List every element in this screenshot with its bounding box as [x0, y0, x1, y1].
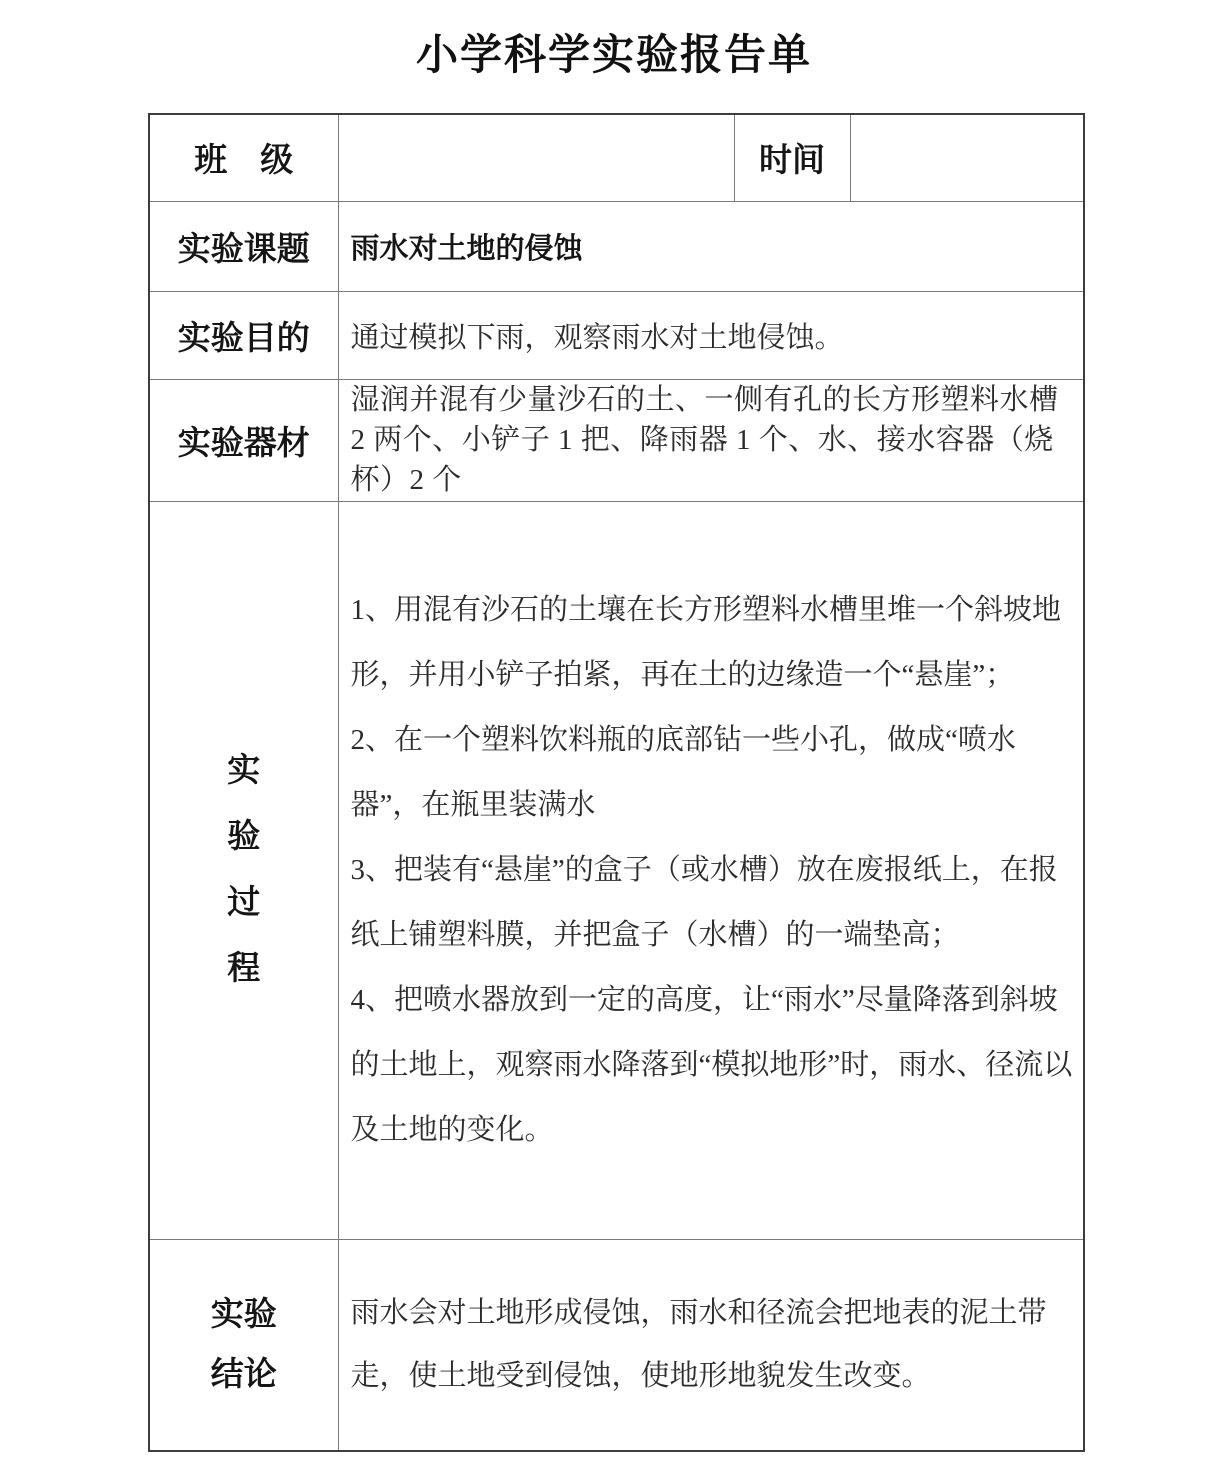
- row-purpose: 实验目的 通过模拟下雨，观察雨水对土地侵蚀。: [149, 291, 1084, 379]
- process-step-3: 3、把装有“悬崖”的盒子（或水槽）放在废报纸上，在报纸上铺塑料膜，并把盒子（水槽…: [351, 838, 1076, 968]
- topic-value: 雨水对土地的侵蚀: [338, 201, 1084, 291]
- row-class-time: 班 级 时间: [149, 114, 1084, 201]
- class-value-cell: [338, 114, 734, 201]
- row-materials: 实验器材 湿润并混有少量沙石的土、一侧有孔的长方形塑料水槽 2 两个、小铲子 1…: [149, 379, 1084, 501]
- conclusion-label-line-1: 实验: [151, 1285, 337, 1345]
- materials-label: 实验器材: [149, 379, 338, 501]
- time-label: 时间: [734, 114, 850, 201]
- class-label: 班 级: [149, 114, 338, 201]
- row-topic: 实验课题 雨水对土地的侵蚀: [149, 201, 1084, 291]
- row-process: 实 验 过 程 1、用混有沙石的土壤在长方形塑料水槽里堆一个斜坡地形，并用小铲子…: [149, 501, 1084, 1239]
- topic-label: 实验课题: [149, 201, 338, 291]
- conclusion-label-line-2: 结论: [151, 1345, 337, 1405]
- process-step-2: 2、在一个塑料饮料瓶的底部钻一些小孔，做成“喷水器”，在瓶里装满水: [351, 708, 1076, 838]
- row-conclusion: 实验 结论 雨水会对土地形成侵蚀，雨水和径流会把地表的泥土带走，使土地受到侵蚀，…: [149, 1239, 1084, 1451]
- process-label-char-1: 实: [151, 738, 337, 804]
- materials-value: 湿润并混有少量沙石的土、一侧有孔的长方形塑料水槽 2 两个、小铲子 1 把、降雨…: [338, 379, 1084, 501]
- page-title: 小学科学实验报告单: [0, 22, 1228, 82]
- process-label-char-2: 验: [151, 804, 337, 870]
- process-label: 实 验 过 程: [149, 501, 338, 1239]
- process-step-4: 4、把喷水器放到一定的高度，让“雨水”尽量降落到斜坡的土地上，观察雨水降落到“模…: [351, 968, 1076, 1163]
- time-value-cell: [850, 114, 1084, 201]
- conclusion-label: 实验 结论: [149, 1239, 338, 1451]
- process-label-char-3: 过: [151, 870, 337, 936]
- purpose-value: 通过模拟下雨，观察雨水对土地侵蚀。: [338, 291, 1084, 379]
- process-label-char-4: 程: [151, 936, 337, 1002]
- purpose-label: 实验目的: [149, 291, 338, 379]
- conclusion-value: 雨水会对土地形成侵蚀，雨水和径流会把地表的泥土带走，使土地受到侵蚀，使地形地貌发…: [338, 1239, 1084, 1451]
- process-value: 1、用混有沙石的土壤在长方形塑料水槽里堆一个斜坡地形，并用小铲子拍紧，再在土的边…: [338, 501, 1084, 1239]
- process-step-1: 1、用混有沙石的土壤在长方形塑料水槽里堆一个斜坡地形，并用小铲子拍紧，再在土的边…: [351, 578, 1076, 708]
- report-table: 班 级 时间 实验课题 雨水对土地的侵蚀 实验目的 通过模拟下雨，观察雨水对土地…: [148, 113, 1085, 1452]
